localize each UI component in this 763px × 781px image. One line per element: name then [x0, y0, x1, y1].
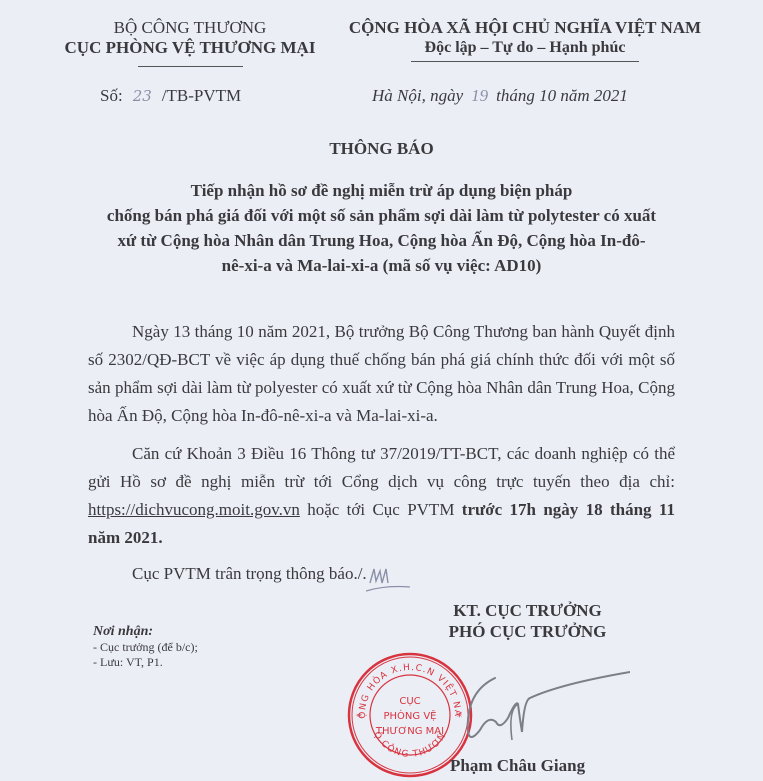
- body-paragraph-2: Căn cứ Khoản 3 Điều 16 Thông tư 37/2019/…: [88, 440, 675, 552]
- signatory-title-line1: KT. CỤC TRƯỞNG: [435, 600, 620, 621]
- issuing-agency-block: BỘ CÔNG THƯƠNG CỤC PHÒNG VỆ THƯƠNG MẠI: [30, 18, 350, 67]
- recipients-block: Nơi nhận: - Cục trưởng (để b/c); - Lưu: …: [93, 624, 198, 670]
- agency-name: CỤC PHÒNG VỆ THƯƠNG MẠI: [30, 38, 350, 58]
- number-label: Số:: [100, 86, 123, 105]
- public-service-portal-link[interactable]: https://dichvucong.moit.gov.vn: [88, 500, 300, 519]
- ministry-name: BỘ CÔNG THƯƠNG: [30, 18, 350, 38]
- agency-underline: [138, 66, 243, 67]
- subject-line: Tiếp nhận hồ sơ đề nghị miễn trừ áp dụng…: [60, 178, 703, 203]
- recipients-label: Nơi nhận:: [93, 624, 198, 640]
- recipient-item: - Lưu: VT, P1.: [93, 655, 198, 670]
- paragraph2-text: Căn cứ Khoản 3 Điều 16 Thông tư 37/2019/…: [88, 444, 675, 491]
- body-paragraph-1: Ngày 13 tháng 10 năm 2021, Bộ trưởng Bộ …: [88, 318, 675, 430]
- document-title: THÔNG BÁO: [0, 139, 763, 159]
- date-suffix: tháng 10 năm 2021: [496, 86, 628, 105]
- document-number: Số:23/TB-PVTM: [100, 86, 241, 106]
- motto-underline: [411, 61, 639, 62]
- subject-line: nê-xi-a và Ma-lai-xi-a (mã số vụ việc: A…: [60, 253, 703, 278]
- date-prefix: Hà Nội, ngày: [372, 86, 463, 105]
- document-subject: Tiếp nhận hồ sơ đề nghị miễn trừ áp dụng…: [60, 178, 703, 278]
- number-suffix: /TB-PVTM: [162, 86, 241, 105]
- recipient-item: - Cục trưởng (để b/c);: [93, 640, 198, 655]
- national-motto: Độc lập – Tự do – Hạnh phúc: [330, 38, 720, 58]
- date-day-handwritten: 19: [471, 86, 488, 105]
- subject-line: chống bán phá giá đối với một số sản phẩ…: [60, 203, 703, 228]
- svg-text:*: *: [357, 712, 362, 723]
- number-handwritten: 23: [133, 87, 152, 105]
- signatory-title: KT. CỤC TRƯỞNG PHÓ CỤC TRƯỞNG: [435, 600, 620, 642]
- paragraph2-middle: hoặc tới Cục PVTM: [300, 500, 462, 519]
- document-date: Hà Nội, ngày19tháng 10 năm 2021: [372, 86, 628, 106]
- handwritten-signature-icon: [400, 660, 630, 760]
- signatory-title-line2: PHÓ CỤC TRƯỞNG: [435, 621, 620, 642]
- subject-line: xứ từ Cộng hòa Nhân dân Trung Hoa, Cộng …: [60, 228, 703, 253]
- initials-mark: [366, 565, 412, 593]
- country-name: CỘNG HÒA XÃ HỘI CHỦ NGHĨA VIỆT NAM: [330, 18, 720, 38]
- national-header-block: CỘNG HÒA XÃ HỘI CHỦ NGHĨA VIỆT NAM Độc l…: [330, 18, 720, 62]
- signer-name: Phạm Châu Giang: [450, 756, 585, 776]
